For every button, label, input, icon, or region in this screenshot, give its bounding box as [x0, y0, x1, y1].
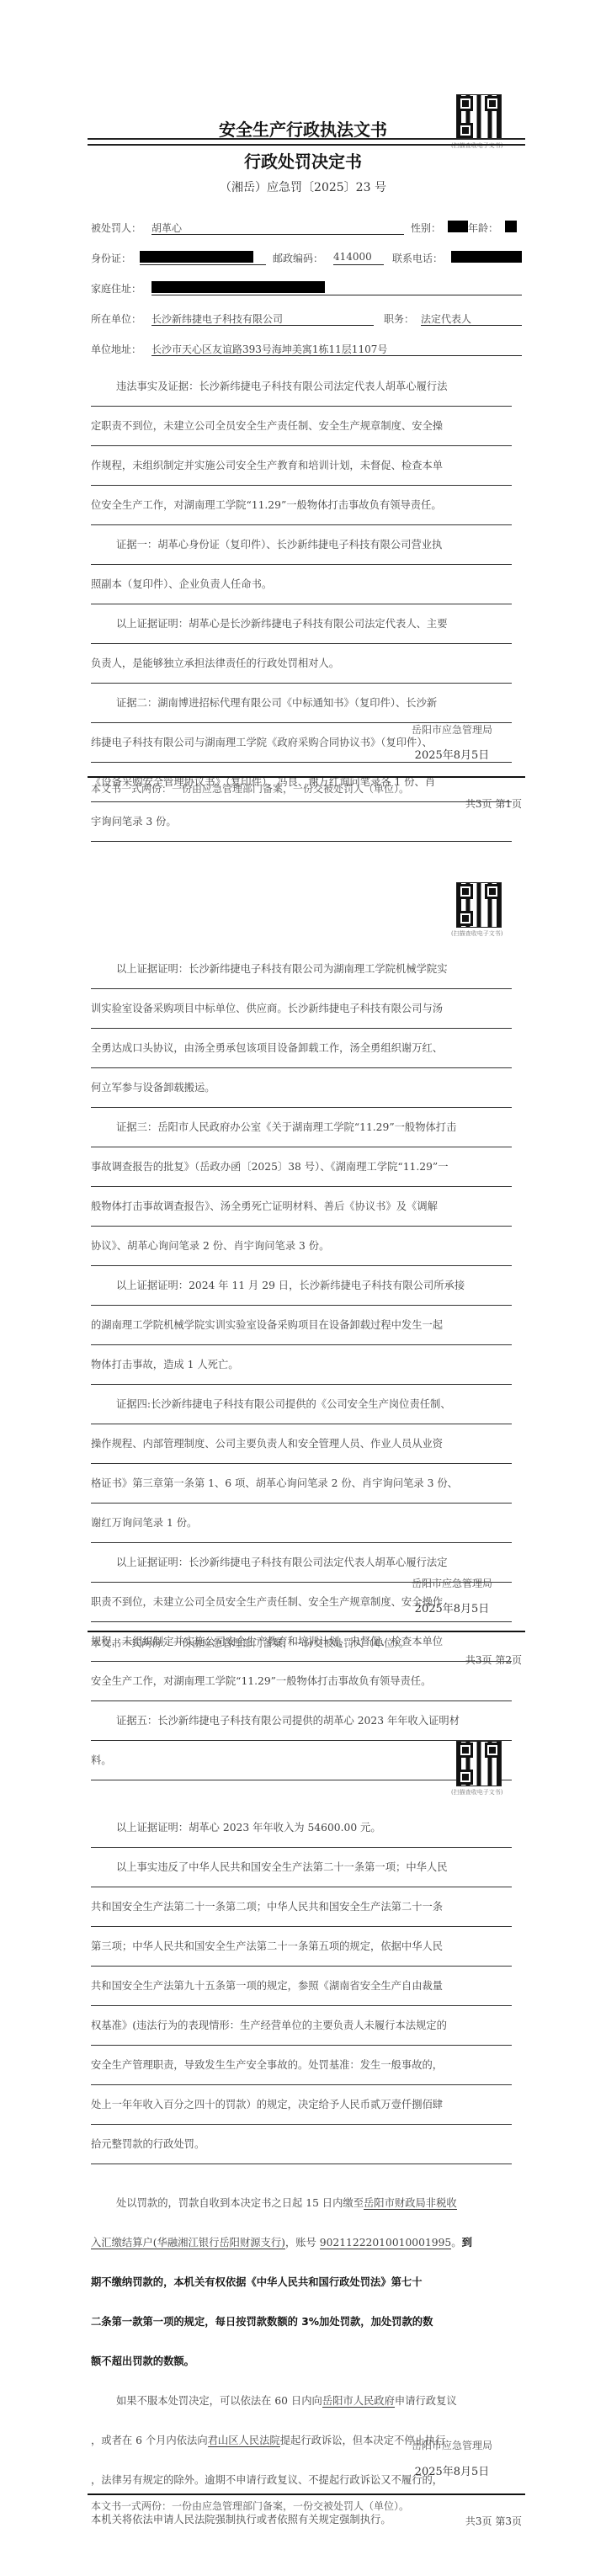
signing-date: 2025年8月5日: [406, 1599, 498, 1615]
footer-note: 本文书一式两份：一份由应急管理部门备案，一份交被处罚人（单位）。: [91, 1636, 409, 1650]
body-line: 拾元整罚款的行政处罚。: [91, 2125, 512, 2164]
signing-date: 2025年8月5日: [406, 746, 498, 762]
body-line: 第三项；中华人民共和国安全生产法第二十一条第五项的规定，依据中华人民: [91, 1927, 512, 1967]
signing-agency: 岳阳市应急管理局: [406, 1576, 498, 1590]
account-number: 90211222010010001995: [320, 2237, 451, 2249]
page-indicator: 共3页 第2页: [438, 1653, 522, 1667]
qr-code-page2: (扫描查收电子文书): [456, 882, 502, 939]
field-row-address: 单位地址： 长沙市天心区友谊路393号海坤美寓1栋11层1107号: [91, 342, 522, 359]
gender-label: 性别：: [411, 221, 441, 235]
body-line: 共和国安全生产法第二十一条第二项；中华人民共和国安全生产法第二十一条: [91, 1887, 512, 1927]
document-number: （湘岳）应急罚〔2025〕23 号: [0, 178, 606, 195]
appeal-line: 如果不服本处罚决定，可以依法在 60 日内向岳阳市人民政府申请行政复议: [91, 2382, 516, 2421]
document-title: 行政处罚决定书: [0, 148, 606, 173]
age-label: 年龄：: [468, 221, 498, 235]
body-line: 以上证据证明：胡革心 2023 年年收入为 54600.00 元。: [91, 1808, 512, 1848]
company-address-value: 长沙市天心区友谊路393号海坤美寓1栋11层1107号: [151, 342, 522, 356]
review-authority: 岳阳市人民政府: [322, 2395, 395, 2408]
qr-caption: (扫描查收电子文书): [451, 929, 502, 938]
body-line: 安全生产管理职责，导致发生生产安全事故的。处罚基准：发生一般事故的，: [91, 2046, 512, 2085]
late-penalty-line: 二条第一款第一项的规定，每日按罚款数额的 3%加处罚款，加处罚款的数: [91, 2302, 516, 2342]
postcode-label: 邮政编码：: [273, 251, 323, 265]
field-row-home: 家庭住址：: [91, 281, 522, 298]
body-line: 证据二：湖南博进招标代理有限公司《中标通知书》（复印件）、长沙新: [91, 684, 512, 723]
body-line: 位安全生产工作，对湖南理工学院“11.29”一般物体打击事故负有领导责任。: [91, 486, 512, 525]
qr-code-page3: (扫描查收电子文书): [456, 1741, 502, 1798]
late-penalty-line: 额不超出罚款的数额。: [91, 2342, 516, 2382]
footer-rule: [88, 2494, 525, 2495]
body-line: 共和国安全生产法第九十五条第一项的规定，参照《湖南省安全生产自由裁量: [91, 1967, 512, 2006]
body-line: 定职责不到位，未建立公司全员安全生产责任制、安全生产规章制度、安全操: [91, 407, 512, 446]
field-row-punished: 被处罚人： 胡革心 性别： 年龄：: [91, 221, 522, 237]
late-penalty-text: 到: [462, 2237, 472, 2249]
body-line: 以上证据证明：胡革心是长沙新纬捷电子科技有限公司法定代表人、主要: [91, 604, 512, 644]
body-line: 料。: [91, 1741, 512, 1780]
payee-account-name: 岳阳市财政局非税收: [364, 2197, 457, 2210]
body-line: 以上证据证明：2024 年 11 月 29 日，长沙新纬捷电子科技有限公司所承接: [91, 1266, 512, 1306]
body-line: 违法事实及证据：长沙新纬捷电子科技有限公司法定代表人胡革心履行法: [91, 367, 512, 407]
home-address-redacted: [151, 281, 325, 293]
footer-rule: [88, 1631, 525, 1632]
footer-note: 本文书一式两份：一份由应急管理部门备案，一份交被处罚人（单位）。: [91, 2499, 409, 2513]
body-line: 权基准》(违法行为的表现情形：生产经营单位的主要负责人未履行本法规定的: [91, 2006, 512, 2046]
qr-caption: (扫描查收电子文书): [451, 1788, 502, 1796]
field-row-id: 身份证： 邮政编码： 414000 联系电话：: [91, 251, 522, 268]
id-redacted: [140, 251, 253, 263]
gender-redacted: [448, 221, 468, 232]
signing-date: 2025年8月5日: [406, 2462, 498, 2478]
body-line: 证据一：胡革心身份证（复印件）、长沙新纬捷电子科技有限公司营业执: [91, 525, 512, 565]
signing-agency: 岳阳市应急管理局: [406, 722, 498, 737]
phone-label: 联系电话：: [392, 251, 443, 265]
body-line: 般物体打击事故调查报告》、汤全勇死亡证明材料、善后《协议书》及《调解: [91, 1187, 512, 1227]
page1-body: 违法事实及证据：长沙新纬捷电子科技有限公司法定代表人胡革心履行法 定职责不到位，…: [91, 367, 512, 842]
signing-agency: 岳阳市应急管理局: [406, 2438, 498, 2452]
punished-label: 被处罚人：: [91, 221, 141, 235]
payee-bank: 入汇缴结算户(华融湘江银行岳阳财源支行): [91, 2237, 285, 2249]
body-line: 以上事实违反了中华人民共和国安全生产法第二十一条第一项；中华人民: [91, 1848, 512, 1887]
page-indicator: 共3页 第3页: [438, 2514, 522, 2528]
late-penalty-line: 期不缴纳罚款的，本机关有权依据《中华人民共和国行政处罚法》第七十: [91, 2263, 516, 2302]
body-line: 作规程，未组织制定并实施公司安全生产教育和培训计划，未督促、检查本单: [91, 446, 512, 486]
court-name: 君山区人民法院: [208, 2435, 280, 2447]
body-line: 证据四:长沙新纬捷电子科技有限公司提供的《公司安全生产岗位责任制、: [91, 1385, 512, 1424]
body-line: 物体打击事故，造成 1 人死亡。: [91, 1345, 512, 1385]
body-line: 证据五：长沙新纬捷电子科技有限公司提供的胡革心 2023 年年收入证明材: [91, 1701, 512, 1741]
body-line: 处上一年年收入百分之四十的罚款）的规定，决定给予人民币贰万壹仟捌佰肆: [91, 2085, 512, 2125]
appeal-text: ，或者在 6 个月内依法向: [91, 2435, 208, 2446]
payment-text: 处以罚款的，罚款自收到本决定书之日起 15 日内缴至: [116, 2197, 364, 2209]
payment-instructions: 处以罚款的，罚款自收到本决定书之日起 15 日内缴至岳阳市财政局非税收 入汇缴结…: [91, 2184, 516, 2540]
payment-line: 处以罚款的，罚款自收到本决定书之日起 15 日内缴至岳阳市财政局非税收: [91, 2184, 516, 2223]
body-line: 证据三：岳阳市人民政府办公室《关于湖南理工学院“11.29”一般物体打击: [91, 1108, 512, 1147]
phone-redacted: [451, 251, 522, 263]
home-address-label: 家庭住址：: [91, 281, 141, 295]
payment-line: 入汇缴结算户(华融湘江银行岳阳财源支行)，账号 9021122201001000…: [91, 2223, 516, 2263]
punished-value: 胡革心: [151, 221, 404, 235]
footer-rule: [88, 776, 525, 778]
body-line: 全勇达成口头协议，由汤全勇承包该项目设备卸载工作，汤全勇组织谢万红、: [91, 1029, 512, 1068]
page-indicator: 共3页 第1页: [438, 796, 522, 811]
field-row-employer: 所在单位： 长沙新纬捷电子科技有限公司 职务： 法定代表人: [91, 311, 522, 328]
footer-note: 本文书一式两份：一份由应急管理部门备案，一份交被处罚人（单位）。: [91, 781, 409, 796]
payment-text: ，账号: [285, 2237, 320, 2249]
body-line: 的湖南理工学院机械学院实训实验室设备采购项目在设备卸载过程中发生一起: [91, 1306, 512, 1345]
body-line: 照副本（复印件）、企业负责人任命书。: [91, 565, 512, 604]
appeal-text: 如果不服本处罚决定，可以依法在 60 日内向: [116, 2395, 322, 2407]
body-line: 操作规程、内部管理制度、公司主要负责人和安全管理人员、作业人员从业资: [91, 1424, 512, 1464]
company-address-label: 单位地址：: [91, 342, 141, 356]
employer-value: 长沙新纬捷电子科技有限公司: [151, 311, 374, 326]
payment-text: 。: [451, 2237, 461, 2249]
body-line: 协议》、胡革心询问笔录 2 份、肖宇询问笔录 3 份。: [91, 1227, 512, 1266]
body-line: 事故调查报告的批复》（岳政办函〔2025〕38 号）、《湖南理工学院“11.29…: [91, 1147, 512, 1187]
title-double-rule: [88, 138, 525, 146]
document-category-title: 安全生产行政执法文书: [0, 116, 606, 141]
body-line: 谢红万询问笔录 1 份。: [91, 1504, 512, 1543]
appeal-text: 申请行政复议: [395, 2395, 457, 2407]
body-line: 格证书》第三章第一条第 1、6 项、胡革心询问笔录 2 份、肖宇询问笔录 3 份…: [91, 1464, 512, 1504]
id-label: 身份证：: [91, 251, 131, 265]
employer-label: 所在单位：: [91, 311, 141, 326]
body-line: 何立军参与设备卸载搬运。: [91, 1068, 512, 1108]
age-redacted: [505, 221, 517, 232]
body-line: 以上证据证明：长沙新纬捷电子科技有限公司为湖南理工学院机械学院实: [91, 950, 512, 989]
position-label: 职务：: [384, 311, 414, 326]
postcode-value: 414000: [333, 251, 384, 265]
body-line: 训实验室设备采购项目中标单位、供应商。长沙新纬捷电子科技有限公司与汤: [91, 989, 512, 1029]
body-line: 安全生产工作，对湖南理工学院“11.29”一般物体打击事故负有领导责任。: [91, 1662, 512, 1701]
position-value: 法定代表人: [421, 311, 522, 326]
page3-body: 以上证据证明：胡革心 2023 年年收入为 54600.00 元。 以上事实违反…: [91, 1808, 512, 2164]
qr-code-icon: [456, 882, 502, 928]
body-line: 负责人，是能够独立承担法律责任的行政处罚相对人。: [91, 644, 512, 684]
qr-code-icon: [456, 1741, 502, 1786]
